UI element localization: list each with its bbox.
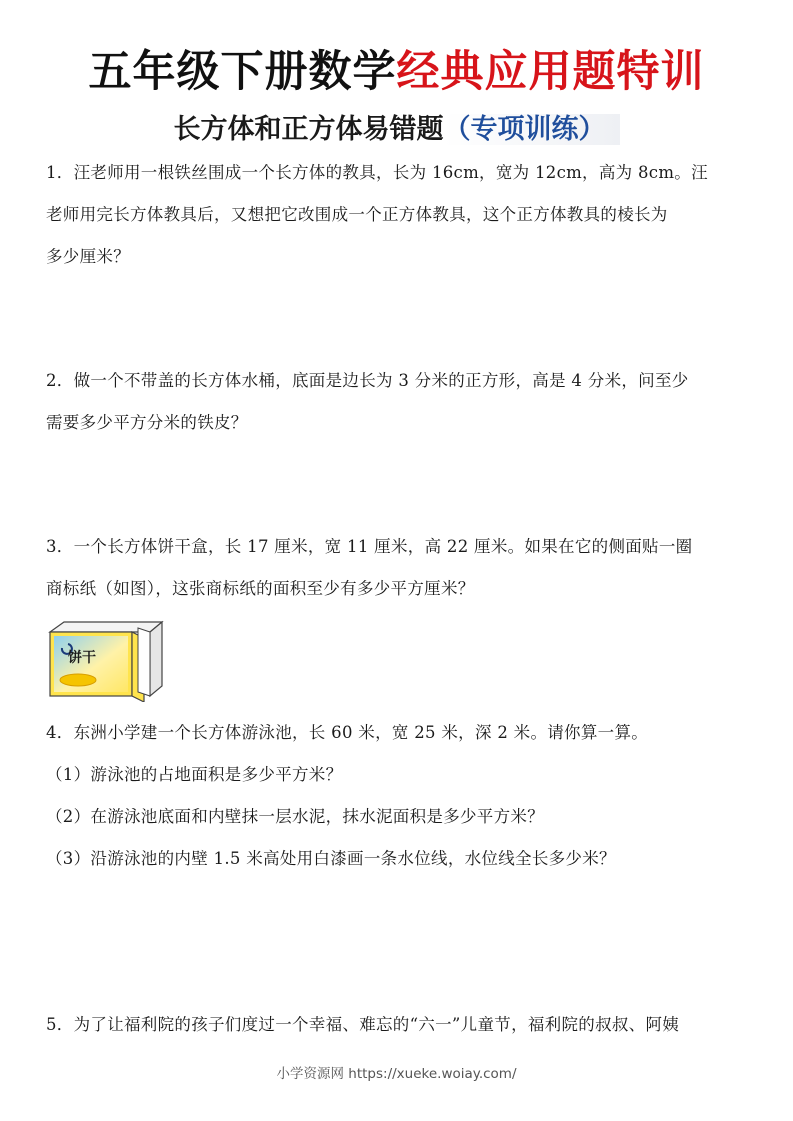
question-line: 需要多少平方分米的铁皮？ <box>46 402 751 444</box>
question-5: 5．为了让福利院的孩子们度过一个幸福、难忘的“六一”儿童节，福利院的叔叔、阿姨 <box>46 1004 751 1046</box>
question-line: 老师用完长方体教具后，又想把它改围成一个正方体教具，这个正方体教具的棱长为 <box>46 194 751 236</box>
question-3: 3．一个长方体饼干盒，长 17 厘米，宽 11 厘米，高 22 厘米。如果在它的… <box>46 526 751 610</box>
question-line: 多少厘米？ <box>46 236 751 278</box>
biscuit-box-illustration: 饼干 <box>46 618 164 702</box>
question-2: 2．做一个不带盖的长方体水桶，底面是边长为 3 分米的正方形，高是 4 分米，问… <box>46 360 751 444</box>
question-1: 1．汪老师用一根铁丝围成一个长方体的教具，长为 16cm，宽为 12cm，高为 … <box>46 152 751 278</box>
question-line: 商标纸（如图），这张商标纸的面积至少有多少平方厘米？ <box>46 568 751 610</box>
biscuit-label: 饼干 <box>68 649 96 666</box>
sub-question-2: （2）在游泳池底面和内壁抹一层水泥，抹水泥面积是多少平方米？ <box>46 796 751 838</box>
question-line: 3．一个长方体饼干盒，长 17 厘米，宽 11 厘米，高 22 厘米。如果在它的… <box>46 526 751 568</box>
title-highlight-part: 经典应用题特训 <box>397 47 705 97</box>
sub-question-1: （1）游泳池的占地面积是多少平方米？ <box>46 754 751 796</box>
footer-watermark: 小学资源网 https://xueke.woiay.com/ <box>0 1062 793 1082</box>
sub-question-3: （3）沿游泳池的内壁 1.5 米高处用白漆画一条水位线，水位线全长多少米？ <box>46 838 751 880</box>
question-line: 1．汪老师用一根铁丝围成一个长方体的教具，长为 16cm，宽为 12cm，高为 … <box>46 152 751 194</box>
question-line: 5．为了让福利院的孩子们度过一个幸福、难忘的“六一”儿童节，福利院的叔叔、阿姨 <box>46 1004 751 1046</box>
page-subtitle: 长方体和正方体易错题（专项训练） <box>0 110 793 150</box>
page-title: 五年级下册数学经典应用题特训 <box>0 44 793 100</box>
question-line: 2．做一个不带盖的长方体水桶，底面是边长为 3 分米的正方形，高是 4 分米，问… <box>46 360 751 402</box>
question-line: 4．东洲小学建一个长方体游泳池，长 60 米，宽 25 米，深 2 米。请你算一… <box>46 712 751 754</box>
question-4: 4．东洲小学建一个长方体游泳池，长 60 米，宽 25 米，深 2 米。请你算一… <box>46 712 751 880</box>
title-grade-part: 五年级下册数学 <box>89 47 397 97</box>
subtitle-tag: （专项训练） <box>444 114 620 145</box>
subtitle-topic: 长方体和正方体易错题 <box>174 114 444 145</box>
